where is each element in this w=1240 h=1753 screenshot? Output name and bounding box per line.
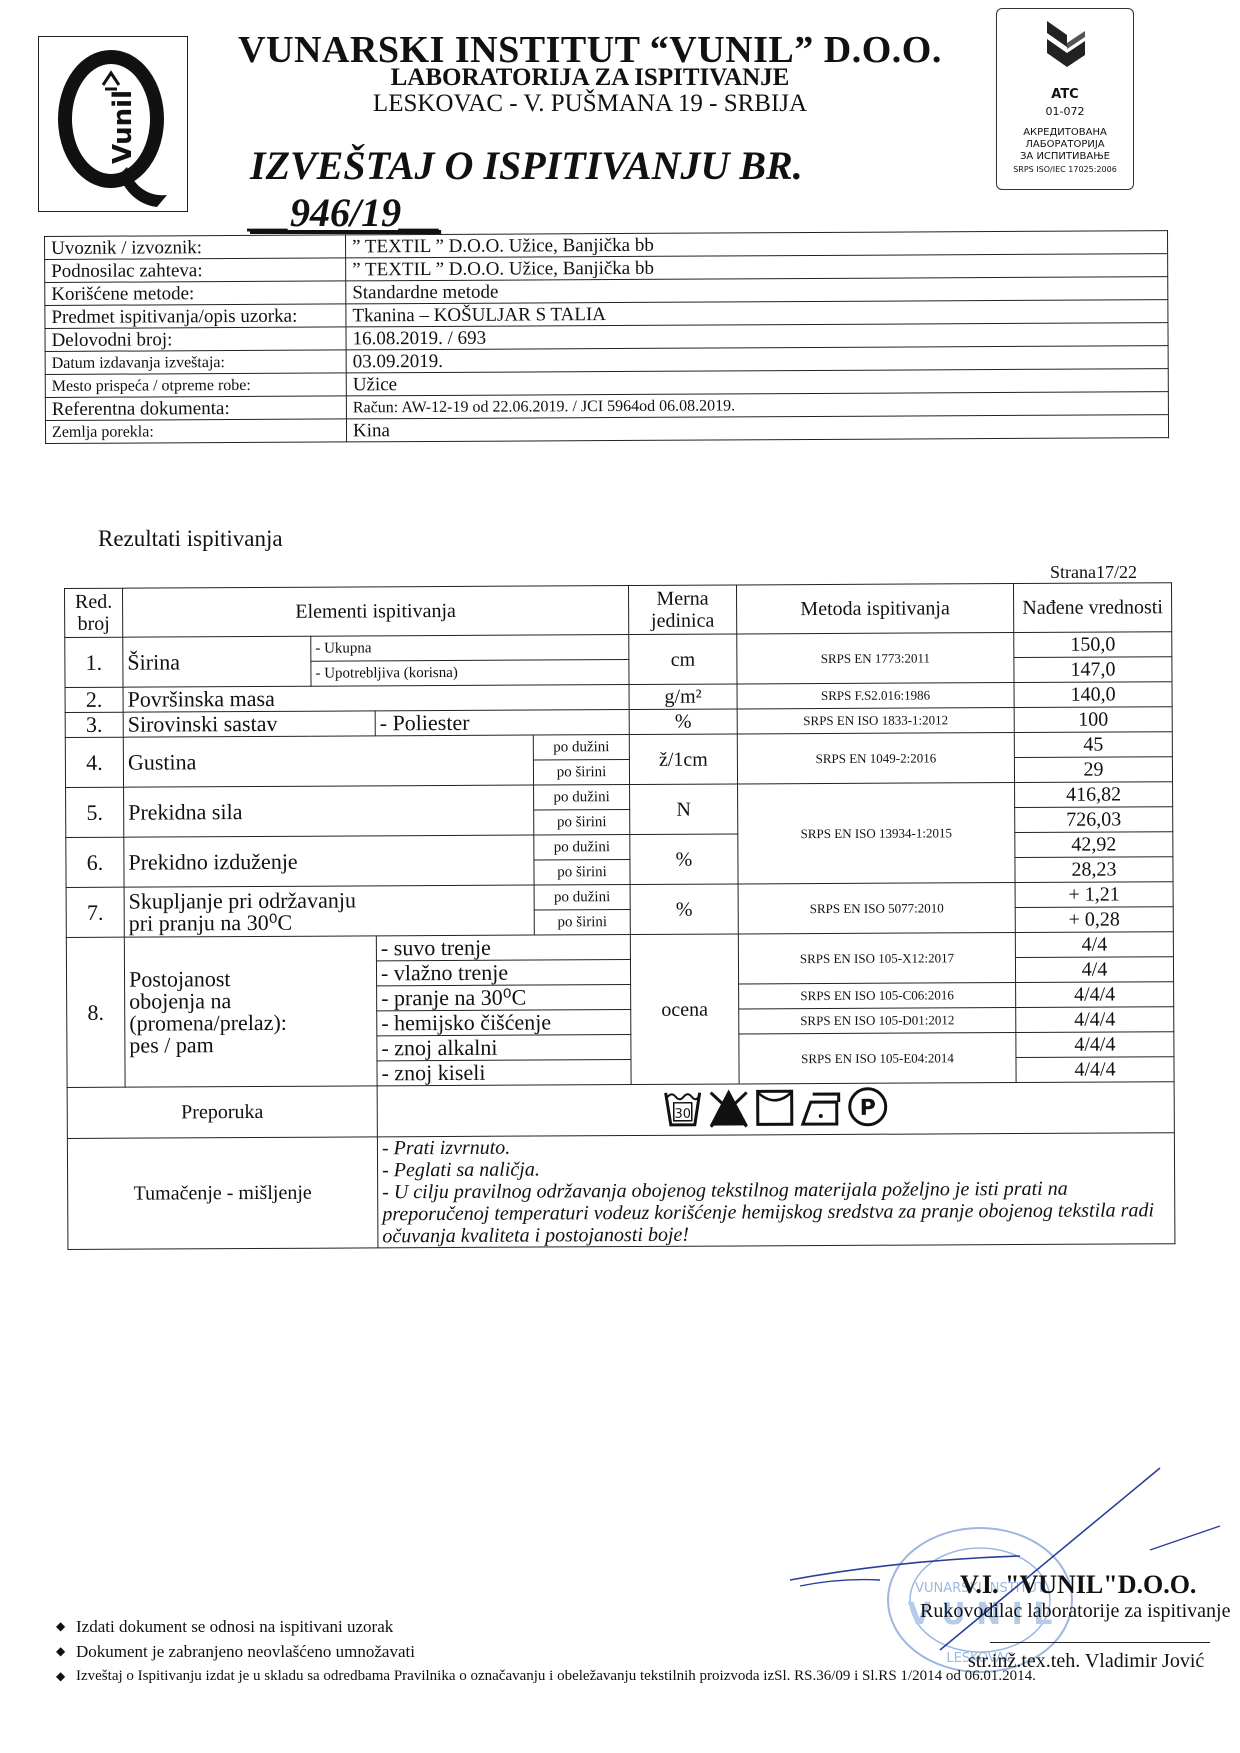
- no-bleach-icon: [707, 1086, 751, 1128]
- report-title: IZVEŠTAJ O ISPITIVANJU BR. __946/19__: [250, 142, 950, 236]
- signature-company: V.I. "VUNIL"D.O.O.: [960, 1570, 1196, 1600]
- info-table: Uvoznik / izvoznik:” TEXTIL ” D.O.O. Uži…: [44, 230, 1169, 444]
- accreditation-badge: ATC 01-072 АКРЕДИТОВАНА ЛАБОРАТОРИЈА ЗА …: [996, 8, 1134, 190]
- atc-code: 01-072: [997, 105, 1133, 118]
- iron-low-icon: [799, 1085, 843, 1127]
- vunil-logo: Vunil: [38, 36, 188, 212]
- results-table: Red. broj Elementi ispitivanja Merna jed…: [64, 582, 1175, 1250]
- page-number: Strana17/22: [1050, 562, 1137, 583]
- table-row: 4. Gustina po dužini ž/1cm SRPS EN 1049-…: [65, 732, 1172, 763]
- diamond-bullet-icon: ◆: [56, 1614, 76, 1639]
- col-method: Metoda ispitivanja: [736, 584, 1013, 634]
- col-values: Nađene vrednosti: [1013, 583, 1171, 633]
- report-number: __946/19__: [250, 190, 441, 235]
- note-item: ◆Izdati dokument se odnosi na ispitivani…: [56, 1614, 1036, 1639]
- diamond-bullet-icon: ◆: [56, 1664, 76, 1689]
- laboratory-name: LABORATORIJA ZA ISPITIVANJE: [230, 64, 950, 92]
- atc-logo-icon: [1043, 21, 1089, 81]
- col-no: Red. broj: [65, 588, 123, 637]
- report-title-prefix: IZVEŠTAJ O ISPITIVANJU BR.: [250, 143, 803, 188]
- opinion-line: - U cilju pravilnog održavanja obojenog …: [382, 1177, 1170, 1247]
- col-elements: Elementi ispitivanja: [123, 586, 629, 638]
- table-row: 7. Skupljanje pri održavanju pri pranju …: [66, 882, 1173, 913]
- address: LESKOVAC - V. PUŠMANA 19 - SRBIJA: [230, 90, 950, 118]
- note-item: ◆Izveštaj o Ispitivanju izdat je u sklad…: [56, 1664, 1036, 1689]
- table-row: 1. Širina - Ukupna cm SRPS EN 1773:2011 …: [65, 632, 1172, 663]
- wash-30-icon: 30: [663, 1086, 703, 1128]
- results-header-row: Red. broj Elementi ispitivanja Merna jed…: [65, 583, 1172, 638]
- atc-standard: SRPS ISO/IEC 17025:2006: [997, 165, 1133, 174]
- tumble-dry-icon: [755, 1086, 795, 1128]
- table-row: 8. Postojanost obojenja na (promena/prel…: [66, 932, 1173, 963]
- note-item: ◆Dokument je zabranjeno neovlašćeno umno…: [56, 1639, 1036, 1664]
- svg-text:P: P: [860, 1095, 876, 1120]
- dry-clean-p-icon: P: [847, 1085, 889, 1127]
- svg-text:30: 30: [674, 1106, 691, 1121]
- diamond-bullet-icon: ◆: [56, 1639, 76, 1664]
- table-row: 5. Prekidna sila po dužini N SRPS EN ISO…: [66, 782, 1173, 813]
- opinion-row: Tumačenje - mišljenje - Prati izvrnuto. …: [67, 1133, 1175, 1250]
- care-symbols: 30: [663, 1085, 889, 1128]
- q-logo-icon: Vunil: [39, 37, 189, 213]
- col-unit: Merna jedinica: [628, 585, 736, 635]
- atc-lines: АКРЕДИТОВАНА ЛАБОРАТОРИЈА ЗА ИСПИТИВАЊЕ: [997, 127, 1133, 163]
- footer-notes: ◆Izdati dokument se odnosi na ispitivani…: [56, 1614, 1036, 1689]
- atc-name: ATC: [997, 87, 1133, 102]
- results-section-title: Rezultati ispitivanja: [98, 526, 283, 552]
- svg-text:Vunil: Vunil: [108, 90, 138, 164]
- recommendation-row: Preporuka 30: [67, 1082, 1174, 1139]
